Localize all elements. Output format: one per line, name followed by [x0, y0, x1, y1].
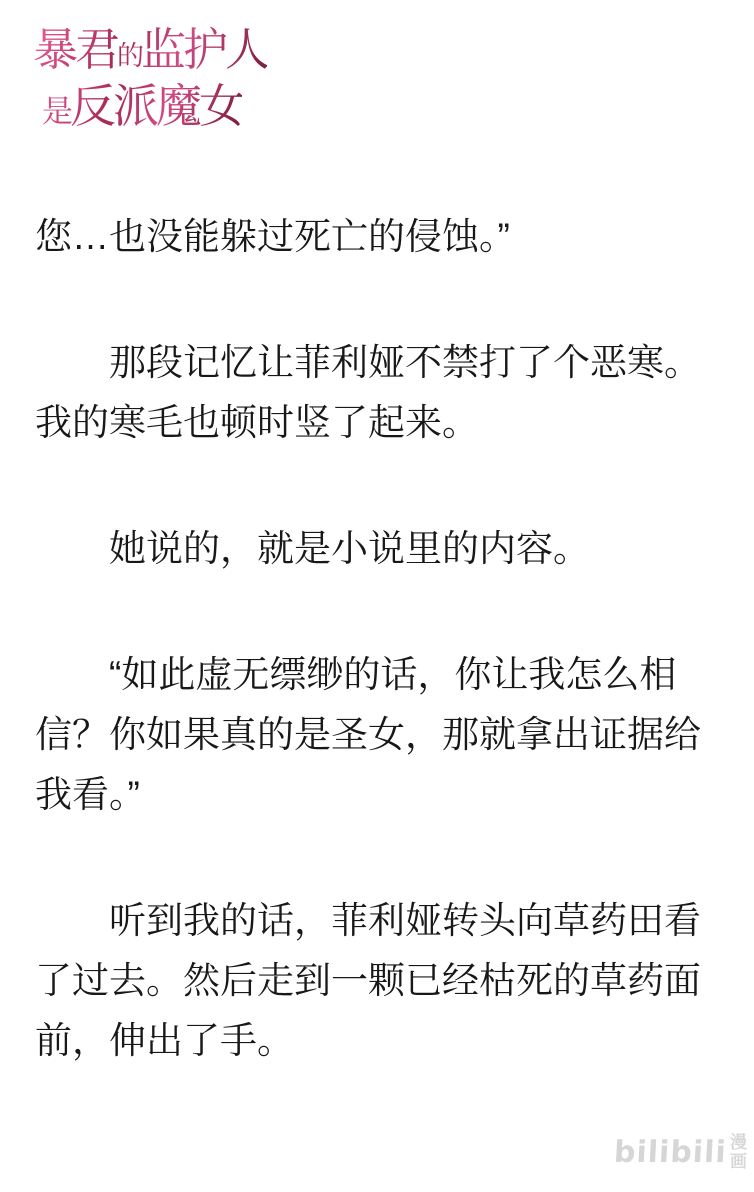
series-title-line1: 暴君的监护人 — [33, 24, 267, 83]
novel-paragraph: 她说的，就是小说里的内容。 — [35, 519, 719, 579]
bilibili-manga-watermark: bilibili 漫 画 — [614, 1133, 747, 1171]
novel-paragraph: “如此虚无缥缈的话，你让我怎么相信？你如果真的是圣女，那就拿出证据给我看。” — [35, 645, 719, 825]
manga-label: 漫 画 — [730, 1133, 747, 1171]
series-title-text: 监护人 — [141, 23, 267, 76]
manga-label-char: 漫 — [730, 1133, 747, 1152]
series-title-text: 暴君 — [33, 23, 117, 76]
series-title-logo: 暴君的监护人 是反派魔女 — [0, 0, 754, 135]
novel-reader-page: 暴君的监护人 是反派魔女 您…也没能躲过死亡的侵蚀。”那段记忆让菲利娅不禁打了个… — [0, 0, 754, 1071]
novel-text-body: 您…也没能躲过死亡的侵蚀。”那段记忆让菲利娅不禁打了个恶寒。我的寒毛也顿时竖了起… — [35, 207, 719, 1071]
series-title-text: 的 — [117, 41, 141, 72]
series-title-text: 是 — [42, 94, 70, 130]
series-title-line2: 是反派魔女 — [33, 83, 242, 135]
novel-paragraph: 那段记忆让菲利娅不禁打了个恶寒。我的寒毛也顿时竖了起来。 — [35, 333, 719, 453]
bilibili-logo: bilibili — [613, 1135, 727, 1170]
novel-paragraph: 您…也没能躲过死亡的侵蚀。” — [35, 207, 719, 267]
novel-paragraph: 听到我的话，菲利娅转头向草药田看了过去。然后走到一颗已经枯死的草药面前，伸出了手… — [35, 891, 719, 1071]
manga-label-char: 画 — [730, 1152, 747, 1171]
series-title-text: 反派魔女 — [70, 79, 242, 133]
